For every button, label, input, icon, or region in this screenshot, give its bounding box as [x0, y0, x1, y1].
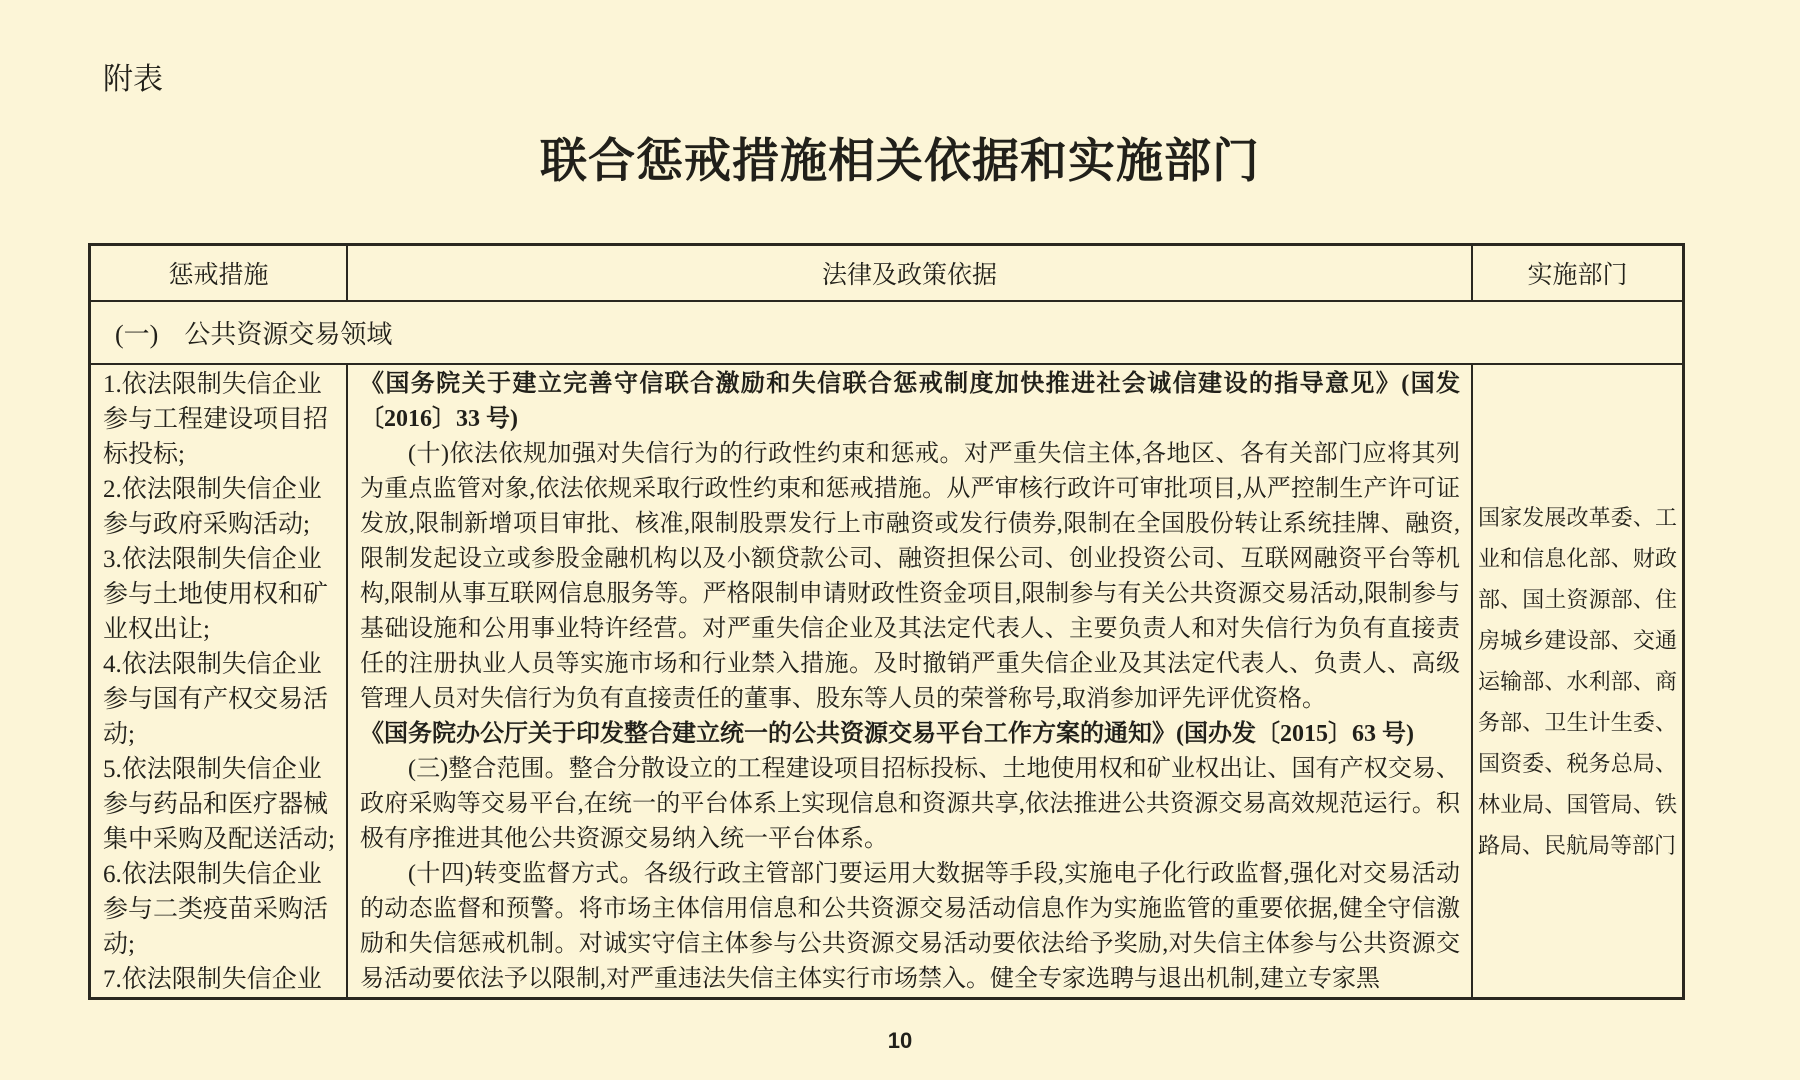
- header-departments: 实施部门: [1473, 246, 1682, 300]
- document-page: 附表 联合惩戒措施相关依据和实施部门 惩戒措施 法律及政策依据 实施部门 (一)…: [0, 0, 1800, 1080]
- legal-paragraph-3: (三)整合范围。整合分散设立的工程建设项目招标投标、土地使用权和矿业权出让、国有…: [360, 752, 1460, 857]
- legal-paragraph-10: (十)依法依规加强对失信行为的行政性约束和惩戒。对严重失信主体,各地区、各有关部…: [360, 437, 1460, 717]
- measure-item-1: 1.依法限制失信企业参与工程建设项目招标投标;: [103, 367, 339, 472]
- legal-paragraph-14: (十四)转变监督方式。各级行政主管部门要运用大数据等手段,实施电子化行政监督,强…: [360, 857, 1460, 997]
- table-header-row: 惩戒措施 法律及政策依据 实施部门: [91, 246, 1682, 302]
- measure-item-4: 4.依法限制失信企业参与国有产权交易活动;: [103, 647, 339, 752]
- sanctions-table: 惩戒措施 法律及政策依据 实施部门 (一) 公共资源交易领域 1.依法限制失信企…: [88, 243, 1685, 1000]
- legal-doc-title-2015: 《国务院办公厅关于印发整合建立统一的公共资源交易平台工作方案的通知》(国办发〔2…: [360, 717, 1460, 752]
- header-legal-basis: 法律及政策依据: [348, 246, 1473, 300]
- departments-cell: 国家发展改革委、工业和信息化部、财政部、国土资源部、住房城乡建设部、交通运输部、…: [1473, 365, 1682, 997]
- measure-item-7: 7.依法限制失信企业: [103, 962, 339, 997]
- departments-text: 国家发展改革委、工业和信息化部、财政部、国土资源部、住房城乡建设部、交通运输部、…: [1478, 497, 1677, 866]
- document-title: 联合惩戒措施相关依据和实施部门: [0, 124, 1800, 191]
- header-measures: 惩戒措施: [91, 246, 348, 300]
- page-number: 10: [0, 1028, 1800, 1054]
- measure-item-5: 5.依法限制失信企业参与药品和医疗器械集中采购及配送活动;: [103, 752, 339, 857]
- legal-doc-title-2016: 《国务院关于建立完善守信联合激励和失信联合惩戒制度加快推进社会诚信建设的指导意见…: [360, 367, 1460, 437]
- measure-item-3: 3.依法限制失信企业参与土地使用权和矿业权出让;: [103, 542, 339, 647]
- section-row: (一) 公共资源交易领域: [91, 302, 1682, 365]
- measures-cell: 1.依法限制失信企业参与工程建设项目招标投标; 2.依法限制失信企业参与政府采购…: [91, 365, 348, 997]
- measure-item-6: 6.依法限制失信企业参与二类疫苗采购活动;: [103, 857, 339, 962]
- table-content-row: 1.依法限制失信企业参与工程建设项目招标投标; 2.依法限制失信企业参与政府采购…: [91, 365, 1682, 997]
- section-title: (一) 公共资源交易领域: [91, 314, 392, 351]
- legal-basis-cell: 《国务院关于建立完善守信联合激励和失信联合惩戒制度加快推进社会诚信建设的指导意见…: [348, 365, 1473, 997]
- measure-item-2: 2.依法限制失信企业参与政府采购活动;: [103, 472, 339, 542]
- appendix-label: 附表: [103, 62, 163, 98]
